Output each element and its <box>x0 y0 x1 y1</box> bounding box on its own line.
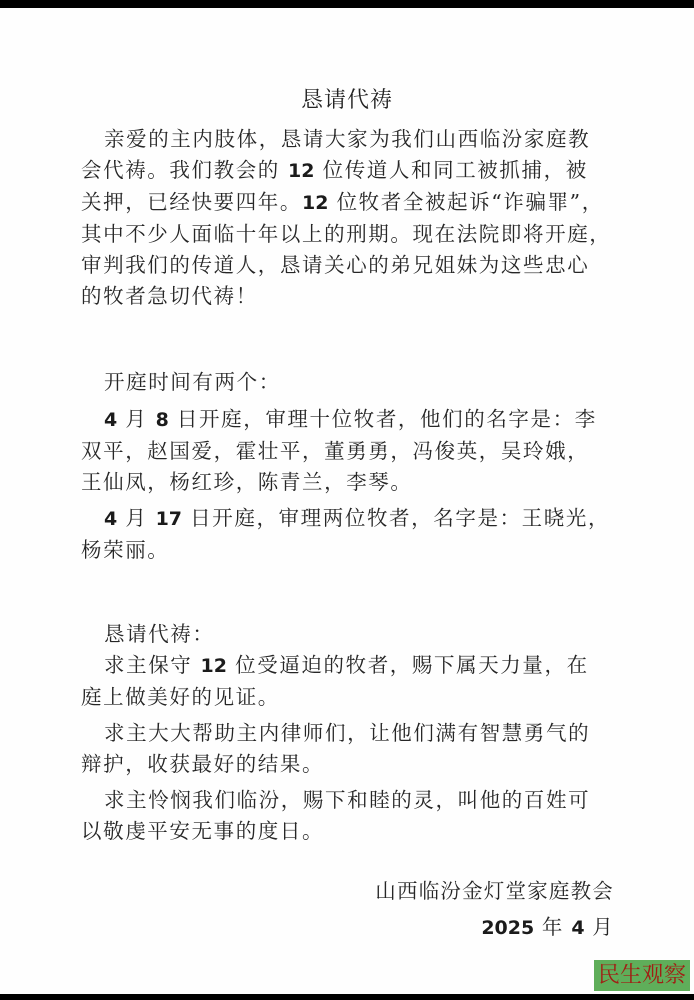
prayer-item-3: 求主怜悯我们临汾，赐下和睦的灵，叫他的百姓可 以敬虔平安无事的度日。 <box>81 785 626 847</box>
text-span: 会代祷。我们教会的 <box>81 158 288 182</box>
text-span: 月 <box>117 407 155 431</box>
prayer-line: 求主怜悯我们临汾，赐下和睦的灵，叫他的百姓可 <box>81 785 626 816</box>
intro-line: 亲爱的主内肢体，恳请大家为我们山西临汾家庭教 <box>81 124 626 155</box>
signature-org: 山西临汾金灯堂家庭教会 <box>375 874 614 904</box>
text-span: 位受逼迫的牧者，赐下属天力量，在 <box>227 653 589 677</box>
count-number: 12 <box>201 655 227 677</box>
signature-date: 2025 年 4 月 <box>481 910 614 940</box>
prayer-item-2: 求主大大帮助主内律师们，让他们满有智慧勇气的 辩护，收获最好的结果。 <box>81 718 626 780</box>
text-span: 年 <box>534 915 571 939</box>
hearing-line: 4 月 8 日开庭，审理十位牧者，他们的名字是：李 <box>81 404 626 436</box>
intro-line: 关押，已经快要四年。12 位牧者全被起诉“诈骗罪”， <box>81 187 626 219</box>
month-number: 4 <box>104 508 117 530</box>
intro-line: 的牧者急切代祷！ <box>81 281 626 312</box>
hearing-second: 4 月 17 日开庭，审理两位牧者，名字是：王晓光， 杨荣丽。 <box>81 503 626 566</box>
hearing-line: 王仙凤，杨红珍，陈青兰，李琴。 <box>81 467 626 498</box>
text-span: 日开庭，审理两位牧者，名字是：王晓光， <box>182 506 610 530</box>
prayer-line: 庭上做美好的见证。 <box>81 682 626 713</box>
year-number: 2025 <box>481 917 534 939</box>
hearing-line: 双平，赵国爱，霍壮平，董勇勇，冯俊英，吴玲娥， <box>81 436 626 467</box>
text-span: 关押，已经快要四年。 <box>81 190 302 214</box>
hearings-heading: 开庭时间有两个： <box>81 367 626 398</box>
day-number: 8 <box>156 409 169 431</box>
text-span: 月 <box>117 506 155 530</box>
month-number: 4 <box>104 409 117 431</box>
watermark-badge: 民生观察 <box>594 960 690 991</box>
count-number: 12 <box>302 192 328 214</box>
text-span: 位传道人和同工被抓捕，被 <box>314 158 587 182</box>
prayer-line: 以敬虔平安无事的度日。 <box>81 816 626 847</box>
prayer-line: 求主大大帮助主内律师们，让他们满有智慧勇气的 <box>81 718 626 749</box>
prayer-item-1: 求主保守 12 位受逼迫的牧者，赐下属天力量，在 庭上做美好的见证。 <box>81 650 626 713</box>
prayer-heading: 恳请代祷： <box>81 619 626 650</box>
document-page: 恳请代祷 亲爱的主内肢体，恳请大家为我们山西临汾家庭教 会代祷。我们教会的 12… <box>0 8 694 994</box>
month-number: 4 <box>571 917 584 939</box>
prayer-line: 求主保守 12 位受逼迫的牧者，赐下属天力量，在 <box>81 650 626 682</box>
document-title: 恳请代祷 <box>0 83 694 114</box>
count-number: 12 <box>288 160 314 182</box>
hearing-line: 4 月 17 日开庭，审理两位牧者，名字是：王晓光， <box>81 503 626 535</box>
intro-paragraph: 亲爱的主内肢体，恳请大家为我们山西临汾家庭教 会代祷。我们教会的 12 位传道人… <box>81 124 626 312</box>
hearing-line: 杨荣丽。 <box>81 535 626 566</box>
text-span: 位牧者全被起诉“诈骗罪”， <box>328 190 603 214</box>
intro-line: 其中不少人面临十年以上的刑期。现在法院即将开庭， <box>81 219 626 250</box>
prayer-line: 辩护，收获最好的结果。 <box>81 749 626 780</box>
hearing-first: 4 月 8 日开庭，审理十位牧者，他们的名字是：李 双平，赵国爱，霍壮平，董勇勇… <box>81 404 626 498</box>
day-number: 17 <box>156 508 182 530</box>
intro-line: 会代祷。我们教会的 12 位传道人和同工被抓捕，被 <box>81 155 626 187</box>
text-span: 月 <box>585 915 614 939</box>
intro-line: 审判我们的传道人，恳请关心的弟兄姐妹为这些忠心 <box>81 250 626 281</box>
text-span: 求主保守 <box>104 653 201 677</box>
text-span: 日开庭，审理十位牧者，他们的名字是：李 <box>169 407 597 431</box>
